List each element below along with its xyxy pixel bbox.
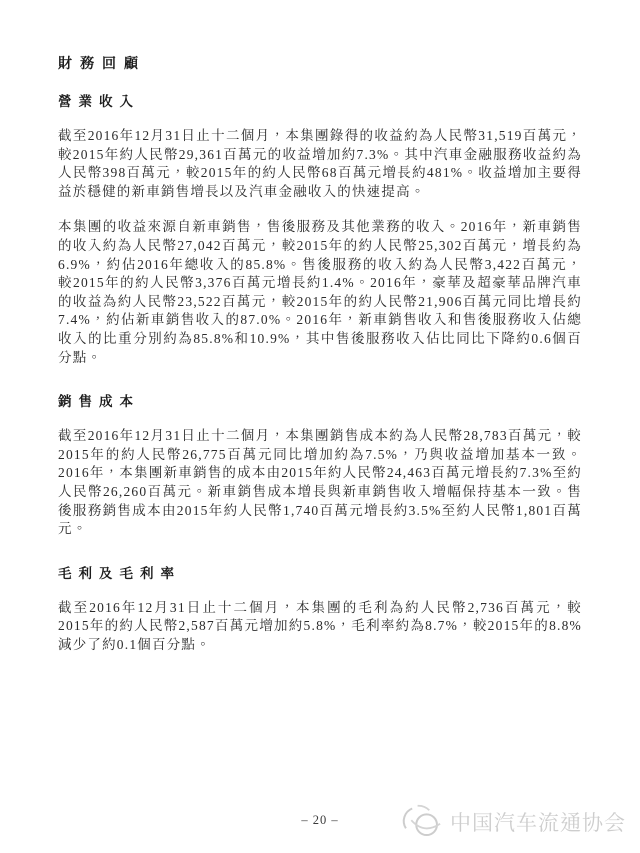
- page-title: 財務回顧: [58, 57, 582, 72]
- revenue-paragraph-2: 本集團的收益來源自新車銷售，售後服務及其他業務的收入。2016年，新車銷售的收入…: [58, 218, 582, 367]
- section-cost-of-sales: 銷售成本 截至2016年12月31日止十二個月，本集團銷售成本約為人民幣28,7…: [58, 394, 582, 539]
- watermark-text: 中国汽车流通协会: [450, 807, 626, 837]
- revenue-paragraph-1: 截至2016年12月31日止十二個月，本集團錄得的收益約為人民幣31,519百萬…: [58, 127, 582, 201]
- section-heading-revenue: 營業收入: [58, 94, 582, 109]
- watermark: 中国汽车流通协会: [400, 804, 626, 840]
- cost-of-sales-paragraph: 截至2016年12月31日止十二個月，本集團銷售成本約為人民幣28,783百萬元…: [58, 427, 582, 539]
- section-heading-cost-of-sales: 銷售成本: [58, 394, 582, 409]
- section-gross-profit: 毛利及毛利率 截至2016年12月31日止十二個月，本集團的毛利為約人民幣2,7…: [58, 566, 582, 655]
- gross-profit-paragraph: 截至2016年12月31日止十二個月，本集團的毛利為約人民幣2,736百萬元，較…: [58, 599, 582, 655]
- document-page: 財務回顧 營業收入 截至2016年12月31日止十二個月，本集團錄得的收益約為人…: [0, 0, 640, 853]
- cada-globe-logo-icon: [400, 804, 446, 840]
- section-revenue: 營業收入 截至2016年12月31日止十二個月，本集團錄得的收益約為人民幣31,…: [58, 94, 582, 367]
- page-footer: – 20 – 中国汽车流通协会: [0, 796, 640, 853]
- section-heading-gross-profit: 毛利及毛利率: [58, 566, 582, 581]
